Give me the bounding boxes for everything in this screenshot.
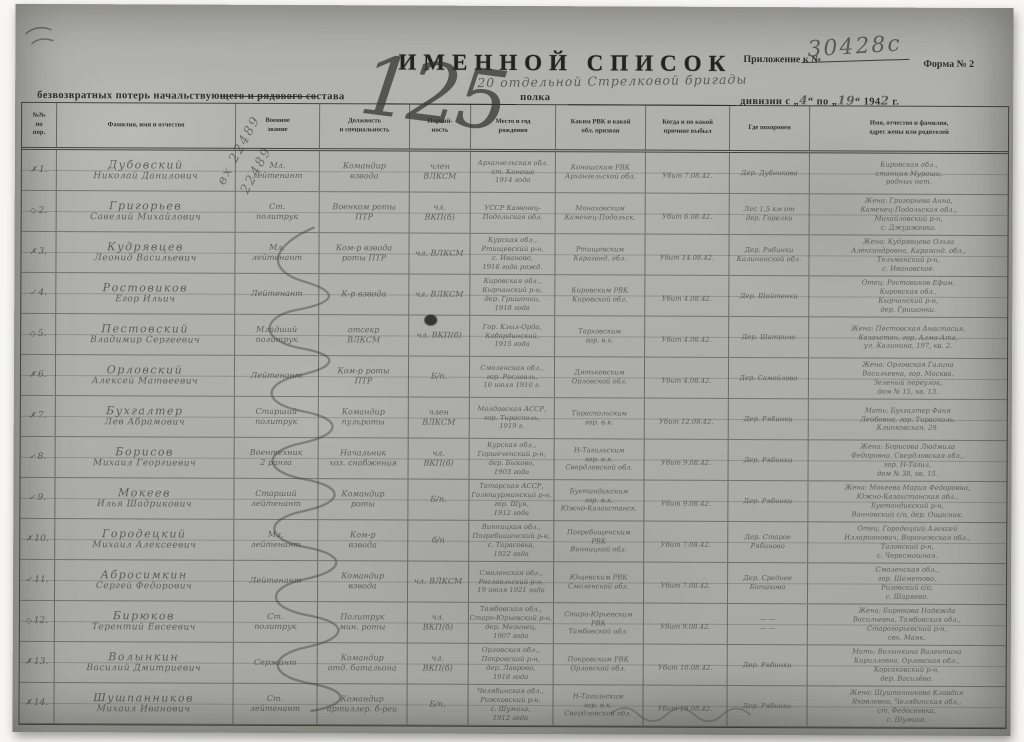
cell-row-number: ✓8. — [21, 437, 55, 477]
cell-party: чл. ВЛКСМ — [408, 234, 469, 274]
cell-birth-place: Гор. Кзыл-Орда,Кабардинский,1915 года — [469, 316, 554, 356]
position-line: ПТР — [355, 212, 373, 222]
row-check-mark: ✗ — [29, 410, 36, 419]
cell-family-address: Кировская обл.,станция Мураши,родных нет… — [809, 153, 1008, 194]
col-header-position: Должность и специальность — [319, 104, 409, 148]
rvk-line: Кировской обл. — [572, 295, 627, 304]
row-check-mark: ✗ — [26, 533, 33, 542]
party-line: Б/п. — [429, 700, 445, 710]
rank-line: Мл. — [269, 161, 285, 171]
row-check-mark: ◇ — [26, 615, 32, 624]
loss-line-part2: става — [317, 91, 345, 102]
row-number-line: ✓9. — [29, 493, 46, 502]
family-line: Корсаковский р-н, — [874, 666, 940, 675]
rank-line: 2 ранга — [260, 458, 292, 468]
cell-rank: Ст.политрук — [233, 602, 317, 642]
cell-rank: Старшийполитрук — [234, 397, 318, 437]
rvk-line: Орловской обл. — [570, 664, 626, 673]
cell-row-number: ✓4. — [21, 273, 55, 313]
family-line: дом № 15, кв. 13. — [877, 387, 938, 396]
birth-line: 1918 года — [495, 304, 530, 313]
cell-rank: Мл.лейтенант — [234, 233, 318, 273]
cell-birth-place: УССР Каменец-Подольская обл. — [470, 193, 555, 233]
family-line: ул. Калинина, 197, кв. 2. — [864, 342, 952, 351]
table-row: ✓11.АбросимкинСергей ФедоровичЛейтенантК… — [20, 560, 1006, 605]
name-patronymic-line: Терентий Евсеевич — [92, 622, 196, 633]
cell-family-address: Отец: Городецкий АлексейИлларионович, Во… — [807, 522, 1006, 563]
rank-line: Воентехник — [250, 448, 303, 458]
surname-line: Абросимкин — [101, 568, 188, 581]
cell-row-number: ◇12. — [20, 601, 54, 641]
col-header-rvk: Каким РВК и какой обл. призван — [555, 105, 645, 149]
cell-position: Ком-рвзвода — [317, 520, 407, 560]
cell-position: Политрукмин. роты — [317, 602, 407, 642]
name-patronymic-line: Владимир Сергеевич — [90, 335, 200, 346]
cause-line: Убит 9.08.42. — [661, 499, 711, 508]
row-check-mark: ✗ — [25, 697, 32, 706]
col-header-family: Имя, отчество и фамилия, адрес жены или … — [809, 106, 1008, 151]
party-line: чл. ВЛКСМ — [415, 290, 463, 300]
birth-line: Кировская обл., — [484, 277, 542, 286]
family-line: Илларионович, Воронежская обл., — [844, 534, 970, 543]
rank-line: политрук — [255, 417, 297, 427]
position-line: отсекр — [348, 325, 380, 335]
losses-table: №№ по пор. Фамилия, имя и отчество Военн… — [18, 102, 1009, 729]
cause-line: Убит 6.08.42. — [662, 212, 712, 221]
cell-full-name: АбросимкинСергей Федорович — [54, 560, 233, 601]
party-line: ВЛКСМ — [422, 418, 455, 428]
party-line: ВЛКСМ — [423, 172, 456, 182]
family-line: Мать: Бухгалтер Фаня — [865, 406, 951, 415]
cell-rank: Сержант — [233, 643, 317, 683]
position-line: хоз. снабжения — [329, 458, 397, 468]
loss-line-struck: щего и рядового со — [220, 91, 317, 102]
birth-line: Кабардинский, — [485, 331, 539, 340]
surname-line: Шушпанников — [93, 691, 194, 704]
row-check-mark: ◇ — [30, 328, 36, 337]
cell-burial-place: Дер. Рябинки — [728, 440, 808, 480]
cell-full-name: ОрловскийАлексей Матвеевич — [55, 355, 234, 396]
rvk-line: Свердловской обл. — [564, 710, 631, 719]
cell-party: Б/п. — [407, 480, 468, 520]
birth-line: УССР Каменец- — [484, 204, 541, 213]
loss-line-part1: безвозвратных потерь начальствую — [37, 90, 220, 102]
party-line: ВКП(б) — [423, 459, 453, 469]
cell-burial-place: Дер. РябинкиКалининской обл. — [728, 235, 808, 275]
rank-line: Ст. — [269, 202, 285, 212]
row-ordinal: 12. — [34, 616, 48, 626]
cell-party: б/п — [407, 521, 468, 561]
name-patronymic-line: Николай Данилович — [93, 171, 198, 182]
cell-family-address: Отец: Ростовиков Ефим,Кировская обл.,Кыр… — [808, 276, 1007, 317]
position-line: артиллер. б-реи — [327, 704, 397, 714]
cause-line: Убит 7.08.42. — [662, 171, 712, 180]
burial-line: Дер. Дубникова — [741, 169, 798, 178]
rank-line: политрук — [254, 622, 296, 632]
birth-line: Молдавская АССР, — [478, 405, 547, 414]
cell-burial-place: Дер. Дубникова — [729, 153, 809, 193]
cell-rvk: ДятьковскимОрловской обл. — [554, 357, 644, 397]
birth-line: гор. Тирасполь, — [484, 413, 540, 422]
family-line: Каменец-Подольская обл., — [860, 206, 956, 215]
row-check-mark: ◇ — [30, 205, 36, 214]
party-line: Б/п. — [431, 372, 447, 382]
row-ordinal: 14. — [34, 698, 48, 708]
table-row: ✗13.ВолынкинВасилий ДмитриевичСержантКом… — [20, 642, 1006, 687]
cell-rank: Ст.лейтенант — [232, 684, 316, 724]
birth-line: Погребищенский р-н, — [472, 532, 550, 541]
cell-rvk: МонаховскимКаменец-Подольск. — [555, 193, 645, 233]
cell-rvk: Тарховскимгор. в.к. — [554, 316, 644, 356]
cell-rank: Мл.лейтенант — [235, 151, 319, 191]
cell-cause: Убит 4.08.42. — [644, 276, 728, 316]
birth-line: Рославльский р-н, — [479, 577, 544, 586]
surname-line: Кудрявцев — [107, 240, 184, 253]
col-header-rank: Военное звание — [235, 104, 319, 148]
rvk-line: Старо-Юрьевским — [564, 610, 633, 619]
loss-line: безвозвратных потерь начальствующего и р… — [37, 90, 345, 102]
birth-line: с. Тарасовка, — [488, 541, 535, 550]
row-ordinal: 1. — [39, 165, 48, 175]
rvk-line: РВК — [591, 537, 606, 546]
cell-cause: Убит 9.08.42. — [643, 481, 727, 521]
row-check-mark: ✗ — [30, 164, 37, 173]
cell-rank: Старшийлейтенант — [233, 479, 317, 519]
burial-line: Дер. Рябинки — [743, 702, 792, 711]
rvk-line: Н-Тагильским — [573, 692, 624, 701]
burial-line: Дер. Рябинки — [743, 661, 792, 670]
cell-family-address: Жена: Кудрявцева ОльгаАлександровна, Кар… — [808, 235, 1007, 276]
cell-row-number: ✗13. — [20, 642, 54, 682]
row-check-mark: ✗ — [30, 246, 37, 255]
family-line: с. Ивановское. — [882, 264, 935, 273]
cell-family-address: Жена: Мокеева Мария Федоровна,Южно-Казах… — [807, 481, 1006, 522]
name-patronymic-line: Савелий Михайлович — [90, 212, 201, 223]
cell-family-address: Мать: Бухгалтер ФаняЛейбовна, гор. Тирас… — [808, 399, 1007, 440]
row-ordinal: 4. — [38, 288, 47, 298]
cell-row-number: ✗6. — [21, 355, 55, 395]
surname-line: Городецкий — [102, 527, 187, 540]
family-line: Зеленый переулок, — [874, 379, 943, 388]
row-check-mark: ✓ — [29, 451, 36, 460]
birth-line: Гор. Кзыл-Орда, — [483, 323, 542, 332]
name-patronymic-line: Михаил Алексеевич — [92, 540, 196, 551]
birth-line: 1903 года — [494, 468, 529, 477]
rvk-line: Южно-Казахстанск. — [561, 505, 637, 514]
surname-line: Дубовский — [108, 158, 184, 171]
surname-line: Борисов — [115, 445, 174, 458]
family-line: Михайловский р-н, — [875, 215, 943, 224]
cell-position: Командирроты — [317, 479, 407, 519]
cell-position: Военком ротыПТР — [319, 192, 409, 232]
col-header-number: №№ по пор. — [22, 103, 56, 147]
birth-line: 1907 года — [493, 632, 528, 641]
birth-line: Покровский р-н, — [481, 655, 540, 664]
family-line: станция Мураши, — [875, 169, 942, 178]
family-line: Казахстан, гор. Алма-Ата, — [858, 333, 958, 342]
cell-family-address: Смоленская обл.,гор. Шеметово,Ризовский … — [807, 563, 1006, 604]
family-line: Кировская обл., — [880, 288, 938, 297]
row-number-line: ✗3. — [30, 247, 47, 256]
rvk-line: гор. в.к. — [585, 418, 614, 427]
cell-party: членВЛКСМ — [409, 152, 470, 192]
cell-full-name: РостовиковЕгор Ильич — [55, 273, 234, 314]
cell-birth-place: Архангельская обл.ст. Коноша1914 года — [470, 152, 555, 192]
party-line: чл. — [433, 203, 446, 213]
table-row: ✗7.БухгалтерЛев АбрамовичСтаршийполитрук… — [21, 396, 1007, 441]
rvk-line: Смоленской обл. — [568, 582, 629, 591]
cell-cause: Убит 7.08.42. — [643, 522, 727, 562]
rvk-line: РВК — [591, 619, 606, 628]
rank-line: Лейтенант — [250, 576, 302, 586]
birth-line: Тамбовская обл., — [480, 605, 542, 614]
row-check-mark: ✓ — [30, 287, 37, 296]
family-line: ст. Федосеевка, — [877, 707, 936, 716]
row-ordinal: 10. — [34, 534, 48, 544]
table-row: ✗14.ШушпанниковМихаил ИвановичСт.лейтена… — [19, 683, 1005, 728]
position-line: отд. батальона — [328, 663, 397, 673]
cell-party: чл.ВКП(б) — [407, 603, 468, 643]
cell-family-address: Жена: Борисова ЛюдмилаФедоровна, Свердло… — [808, 440, 1007, 481]
row-number-line: ✓8. — [29, 452, 46, 461]
name-patronymic-line: Михаил Георгиевич — [93, 458, 196, 469]
birth-line: 1914 года — [495, 176, 530, 185]
family-line: с. Джуржевка. — [881, 223, 937, 232]
birth-line: Курская обл., — [487, 441, 536, 450]
family-line: Кирилловна, Орловская обл., — [854, 657, 960, 666]
cell-position: К-р взвода — [318, 274, 408, 314]
birth-line: с. Иваново, — [492, 254, 533, 263]
table-row: ✓4.РостовиковЕгор ИльичЛейтенантК-р взво… — [21, 273, 1007, 318]
rank-line: Младший — [256, 325, 297, 335]
position-line: мин. роты — [339, 622, 385, 632]
cell-rvk: Тираспольскимгор. в.к. — [554, 398, 644, 438]
cell-cause: Убит 14.08.42. — [644, 235, 728, 275]
position-line: Командир — [341, 653, 384, 663]
col-header-name: Фамилия, имя и отчество — [56, 103, 235, 148]
rvk-line: Покровским РВК — [568, 655, 629, 664]
rank-line: лейтенант — [252, 171, 302, 181]
cause-line: Убит 7.08.42. — [661, 540, 711, 549]
col-header-birth: Место и год рождения — [470, 105, 555, 149]
rank-line: политрук — [256, 212, 298, 222]
burial-line: Дер. Самойлово — [739, 374, 797, 383]
birth-line: 1918 года — [493, 673, 528, 682]
burial-line: Дер. Старое — [745, 533, 791, 542]
cell-row-number: ✗7. — [21, 396, 55, 436]
birth-line: Старо-Юрьевский р-н, — [470, 614, 553, 623]
birth-line: 1919 г. — [499, 422, 524, 431]
cell-full-name: ГородецкийМихаил Алексеевич — [54, 519, 233, 560]
rank-line: лейтенант — [252, 253, 302, 263]
table-row: ✓9.МокеевИлья ШадриковичСтаршийлейтенант… — [20, 478, 1006, 523]
cell-birth-place: Татарская АССР,Голюшурминский р-н,гор. Ш… — [468, 480, 553, 520]
rank-line: политрук — [255, 335, 297, 345]
position-line: пульроты — [342, 417, 385, 427]
name-patronymic-line: Илья Шадрикович — [97, 499, 192, 510]
cell-cause: Убит 9.08.42. — [644, 440, 728, 480]
family-line: с. Шаряево. — [885, 592, 928, 601]
cell-cause: Убит 19.08.42. — [642, 686, 726, 726]
birth-line: 1922 года — [493, 550, 528, 559]
rvk-line: Караганд. обл. — [573, 254, 626, 263]
family-line: дер. Василёво. — [880, 674, 933, 683]
cell-position: Ком-р взводароты ПТР — [318, 233, 408, 273]
table-row: ✗6.ОрловскийАлексей МатвеевичЛейтенантКо… — [21, 355, 1007, 400]
row-check-mark: ✗ — [29, 369, 36, 378]
birth-line: с. Шумиха, — [491, 705, 531, 714]
cell-birth-place: Молдавская АССР,гор. Тирасполь,1919 г. — [469, 398, 554, 438]
family-line: с. Шумиха. — [887, 715, 927, 724]
cell-cause: Убит 9.08.42. — [643, 604, 727, 644]
family-line: Жена: Григорьева Анна, — [865, 197, 953, 206]
cell-position: Командирвзвода — [319, 151, 409, 191]
position-line: Командир — [343, 161, 386, 171]
cause-line: Убит 9.08.42. — [660, 622, 710, 631]
cell-full-name: БирюковТерентий Евсеевич — [54, 601, 233, 642]
cell-party: Б/п. — [408, 357, 469, 397]
surname-line: Григорьев — [109, 199, 182, 212]
rank-line: Мл. — [269, 243, 285, 253]
burial-line: Дер. Рябинки — [744, 497, 793, 506]
position-line: роты ПТР — [342, 253, 386, 263]
cause-line: Убит 12.08.42. — [659, 417, 714, 426]
cell-party: чл.ВКП(б) — [409, 193, 470, 233]
row-ordinal: 5. — [38, 329, 47, 339]
rvk-line: Ртищевским — [576, 245, 624, 254]
cell-party: чл.ВКП(б) — [407, 644, 468, 684]
row-number-line: ✗1. — [30, 165, 47, 174]
cell-family-address: Жена: Бирюкова НадеждаВасильевна, Тамбов… — [807, 604, 1006, 645]
cell-position: Командирвзвода — [317, 561, 407, 601]
cell-rvk: Старо-ЮрьевскимРВКТамбовской обл. — [553, 603, 643, 643]
family-line: Клинковская, 29. — [877, 424, 939, 433]
burial-line: Ботаково — [750, 583, 786, 592]
birth-line: Рожковский р-н, — [480, 696, 541, 705]
family-line: с. Чересмошная. — [877, 551, 938, 560]
cell-full-name: БухгалтерЛев Абрамович — [55, 396, 234, 437]
form-label: Форма № 2 — [923, 59, 974, 70]
cell-burial-place: Дер. Рябинки — [726, 686, 806, 726]
cell-position: Начальникхоз. снабжения — [318, 438, 408, 478]
rvk-line: Монаховским — [576, 204, 625, 213]
party-line: чл. — [432, 613, 445, 623]
burial-line: Калининской обл. — [737, 255, 802, 264]
position-line: Ком-р взвода — [336, 243, 392, 253]
row-ordinal: 6. — [38, 370, 47, 380]
party-line: чл. — [432, 449, 445, 459]
party-line: б/п — [432, 536, 445, 546]
cell-family-address: Жена: Орловская ГалинаВасильевна, гор. М… — [808, 358, 1007, 399]
position-line: Командир — [342, 407, 385, 417]
cell-row-number: ◇5. — [21, 314, 55, 354]
table-row: ◇12.БирюковТерентий ЕвсеевичСт.политрукП… — [20, 601, 1006, 646]
birth-line: Смоленская обл., — [479, 569, 542, 578]
table-row: ✓8.БорисовМихаил ГеоргиевичВоентехник2 р… — [21, 437, 1007, 482]
cell-cause: Убит 10.08.42. — [643, 645, 727, 685]
birth-line: дер. Гришонки, — [484, 295, 540, 304]
rvk-line: Архангельской обл. — [565, 172, 636, 181]
cell-row-number: ✓11. — [20, 560, 54, 600]
family-line: родных нет. — [886, 178, 932, 187]
cell-birth-place: Кировская обл.,Кырчанский р-н,дер. Гришо… — [469, 275, 554, 315]
cell-rvk: ПогребищенскимРВКВинницкой обл. — [553, 521, 643, 561]
cell-burial-place: Дер. СреднееБотаково — [727, 563, 807, 603]
birth-line: Челябинская обл., — [477, 687, 544, 696]
birth-line: Голюшурминский р-н, — [471, 491, 551, 500]
cell-position: Ком-р ротыПТР — [318, 356, 408, 396]
cell-full-name: МокеевИлья Шадрикович — [54, 478, 233, 519]
cell-party: чл. ВКП(б) — [408, 316, 469, 356]
row-ordinal: 9. — [37, 493, 46, 503]
rank-line: лейтенант — [251, 540, 301, 550]
row-ordinal: 7. — [38, 411, 47, 421]
cell-row-number: ✗14. — [19, 683, 53, 723]
burial-line: Дер. Шайтенки — [740, 292, 798, 301]
rvk-line: Орловской обл. — [572, 377, 628, 386]
burial-line: дер. Горелки — [746, 214, 793, 223]
rvk-line: Свердловской обл. — [565, 464, 632, 473]
cell-birth-place: Тамбовская обл.,Старо-Юрьевский р-н,дер.… — [468, 603, 553, 643]
family-line: дом № 38, кв. 15. — [877, 469, 938, 478]
cell-party: чл. ВЛКСМ — [408, 275, 469, 315]
family-line: Федоровна, Свердловская обл., — [851, 452, 964, 461]
cell-rank: Лейтенант — [233, 561, 317, 601]
party-line: ВКП(б) — [423, 664, 453, 674]
row-number-line: ✓11. — [26, 575, 49, 584]
name-patronymic-line: Алексей Матвеевич — [92, 376, 198, 387]
cell-rvk: Н-Тагильскимгор. в.к.Свердловской обл. — [552, 685, 642, 725]
rank-line: лейтенант — [251, 499, 301, 509]
party-line: чл. ВЛКСМ — [415, 249, 463, 259]
cell-cause: Убит 6.08.42. — [645, 194, 729, 234]
rvk-line: Винницкой обл. — [570, 546, 627, 555]
cell-cause: Убит 7.08.42. — [643, 563, 727, 603]
family-line: Жена: Кудрявцева Ольга — [863, 238, 954, 247]
cell-birth-place: Смоленская обл.,Рославльский р-н,19 июля… — [468, 562, 553, 602]
surname-line: Пестовский — [101, 322, 189, 335]
burial-line: Дер. Рябинки — [745, 246, 794, 255]
row-check-mark: ✓ — [29, 492, 36, 501]
row-number-line: ◇5. — [30, 329, 47, 338]
rvk-line: Дятьковским — [574, 368, 624, 377]
table-row: ✗10.ГородецкийМихаил АлексеевичМл.лейтен… — [20, 519, 1006, 564]
cause-line: Убит 19.08.42. — [658, 704, 713, 713]
party-line: член — [429, 408, 449, 418]
rank-line: Ст. — [267, 612, 283, 622]
cell-cause: Убит 4.08.42. — [644, 358, 728, 398]
family-line: Васильевна, гор. Москва, — [862, 370, 953, 379]
cell-family-address: Жена: Шушпанникова КлавдияЯковлевна, Чел… — [806, 686, 1005, 727]
party-line: Б/п. — [430, 495, 446, 505]
burial-line: Дер. Рябинки — [744, 415, 793, 424]
cell-burial-place: Дер. Шайтенки — [728, 276, 808, 316]
name-patronymic-line: Егор Ильич — [115, 294, 175, 305]
birth-line: дер. Мезинец, — [485, 623, 537, 632]
row-number-line: ✗7. — [29, 411, 46, 420]
cell-family-address: Жена: Пестовская Анастасия,Казахстан, го… — [808, 317, 1007, 358]
cell-burial-place: Дер. Шатрино — [728, 317, 808, 357]
birth-line: Орловская обл., — [482, 646, 540, 655]
document-paper: Приложение к № 30428с Форма № 2 ИМЕННОЙ … — [12, 4, 1013, 736]
row-number-line: ✗13. — [25, 657, 48, 666]
row-ordinal: 3. — [39, 247, 48, 257]
cell-party: чл. ВЛКСМ — [407, 562, 468, 602]
position-line: роты — [351, 499, 375, 509]
position-line: Военком роты — [332, 202, 396, 212]
cell-birth-place: Смоленская обл.,гор. Рославль,10 июля 19… — [469, 357, 554, 397]
cell-rank: Воентехник2 ранга — [234, 438, 318, 478]
